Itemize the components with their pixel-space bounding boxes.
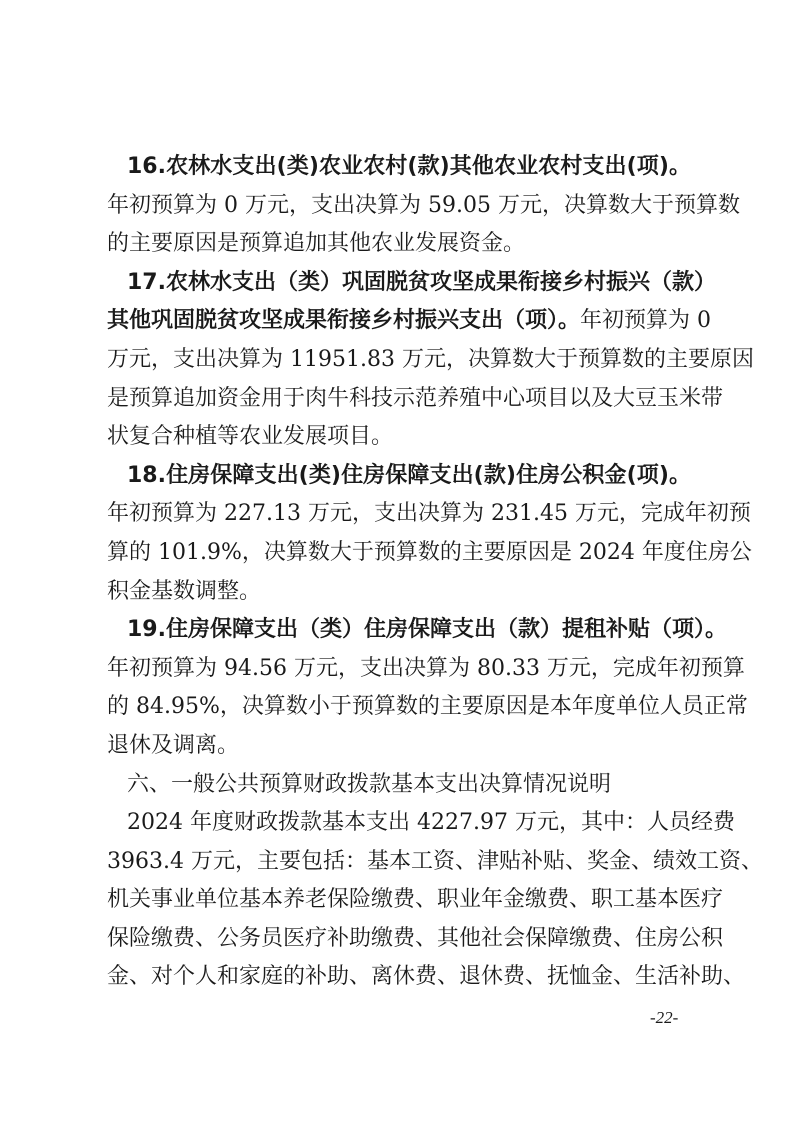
- section-body-line: 机关事业单位基本养老保险缴费、职业年金缴费、职工基本医疗: [107, 881, 691, 920]
- section-body-line: 保险缴费、公务员医疗补助缴费、其他社会保障缴费、住房公积: [107, 920, 691, 959]
- document-page: 16.农林水支出(类)农业农村(款)其他农业农村支出(项)。 年初预算为 0 万…: [107, 148, 691, 997]
- item-16-title: 16.农林水支出(类)农业农村(款)其他农业农村支出(项)。: [107, 148, 691, 187]
- item-17-body-line: 万元，支出决算为 11951.83 万元，决算数大于预算数的主要原因: [107, 341, 691, 380]
- item-17-title: 17.农林水支出（类）巩固脱贫攻坚成果衔接乡村振兴（款）: [107, 264, 691, 303]
- item-18-body-line: 算的 101.9%，决算数大于预算数的主要原因是 2024 年度住房公: [107, 534, 691, 573]
- item-17-body-line: 是预算追加资金用于肉牛科技示范养殖中心项目以及大豆玉米带: [107, 380, 691, 419]
- item-18-body-line: 年初预算为 227.13 万元，支出决算为 231.45 万元，完成年初预: [107, 495, 691, 534]
- section-heading: 六、一般公共预算财政拨款基本支出决算情况说明: [107, 766, 691, 805]
- item-18-title: 18.住房保障支出(类)住房保障支出(款)住房公积金(项)。: [107, 457, 691, 496]
- item-17-body-line: 状复合种植等农业发展项目。: [107, 418, 691, 457]
- item-19-body-line: 的 84.95%，决算数小于预算数的主要原因是本年度单位人员正常: [107, 688, 691, 727]
- item-19-title: 19.住房保障支出（类）住房保障支出（款）提租补贴（项）。: [107, 611, 691, 650]
- item-17-title-continued: 其他巩固脱贫攻坚成果衔接乡村振兴支出（项）。年初预算为 0: [107, 302, 691, 341]
- section-body-line: 3963.4 万元，主要包括：基本工资、津贴补贴、奖金、绩效工资、: [107, 843, 691, 882]
- item-16-body-line: 年初预算为 0 万元，支出决算为 59.05 万元，决算数大于预算数: [107, 187, 691, 226]
- section-body-line: 2024 年度财政拨款基本支出 4227.97 万元，其中：人员经费: [107, 804, 691, 843]
- section-body-line: 金、对个人和家庭的补助、离休费、退休费、抚恤金、生活补助、: [107, 958, 691, 997]
- item-16-body-line: 的主要原因是预算追加其他农业发展资金。: [107, 225, 691, 264]
- item-19-body-line: 年初预算为 94.56 万元，支出决算为 80.33 万元，完成年初预算: [107, 650, 691, 689]
- page-number: -22-: [650, 1008, 678, 1028]
- item-18-body-line: 积金基数调整。: [107, 573, 691, 612]
- item-19-body-line: 退休及调离。: [107, 727, 691, 766]
